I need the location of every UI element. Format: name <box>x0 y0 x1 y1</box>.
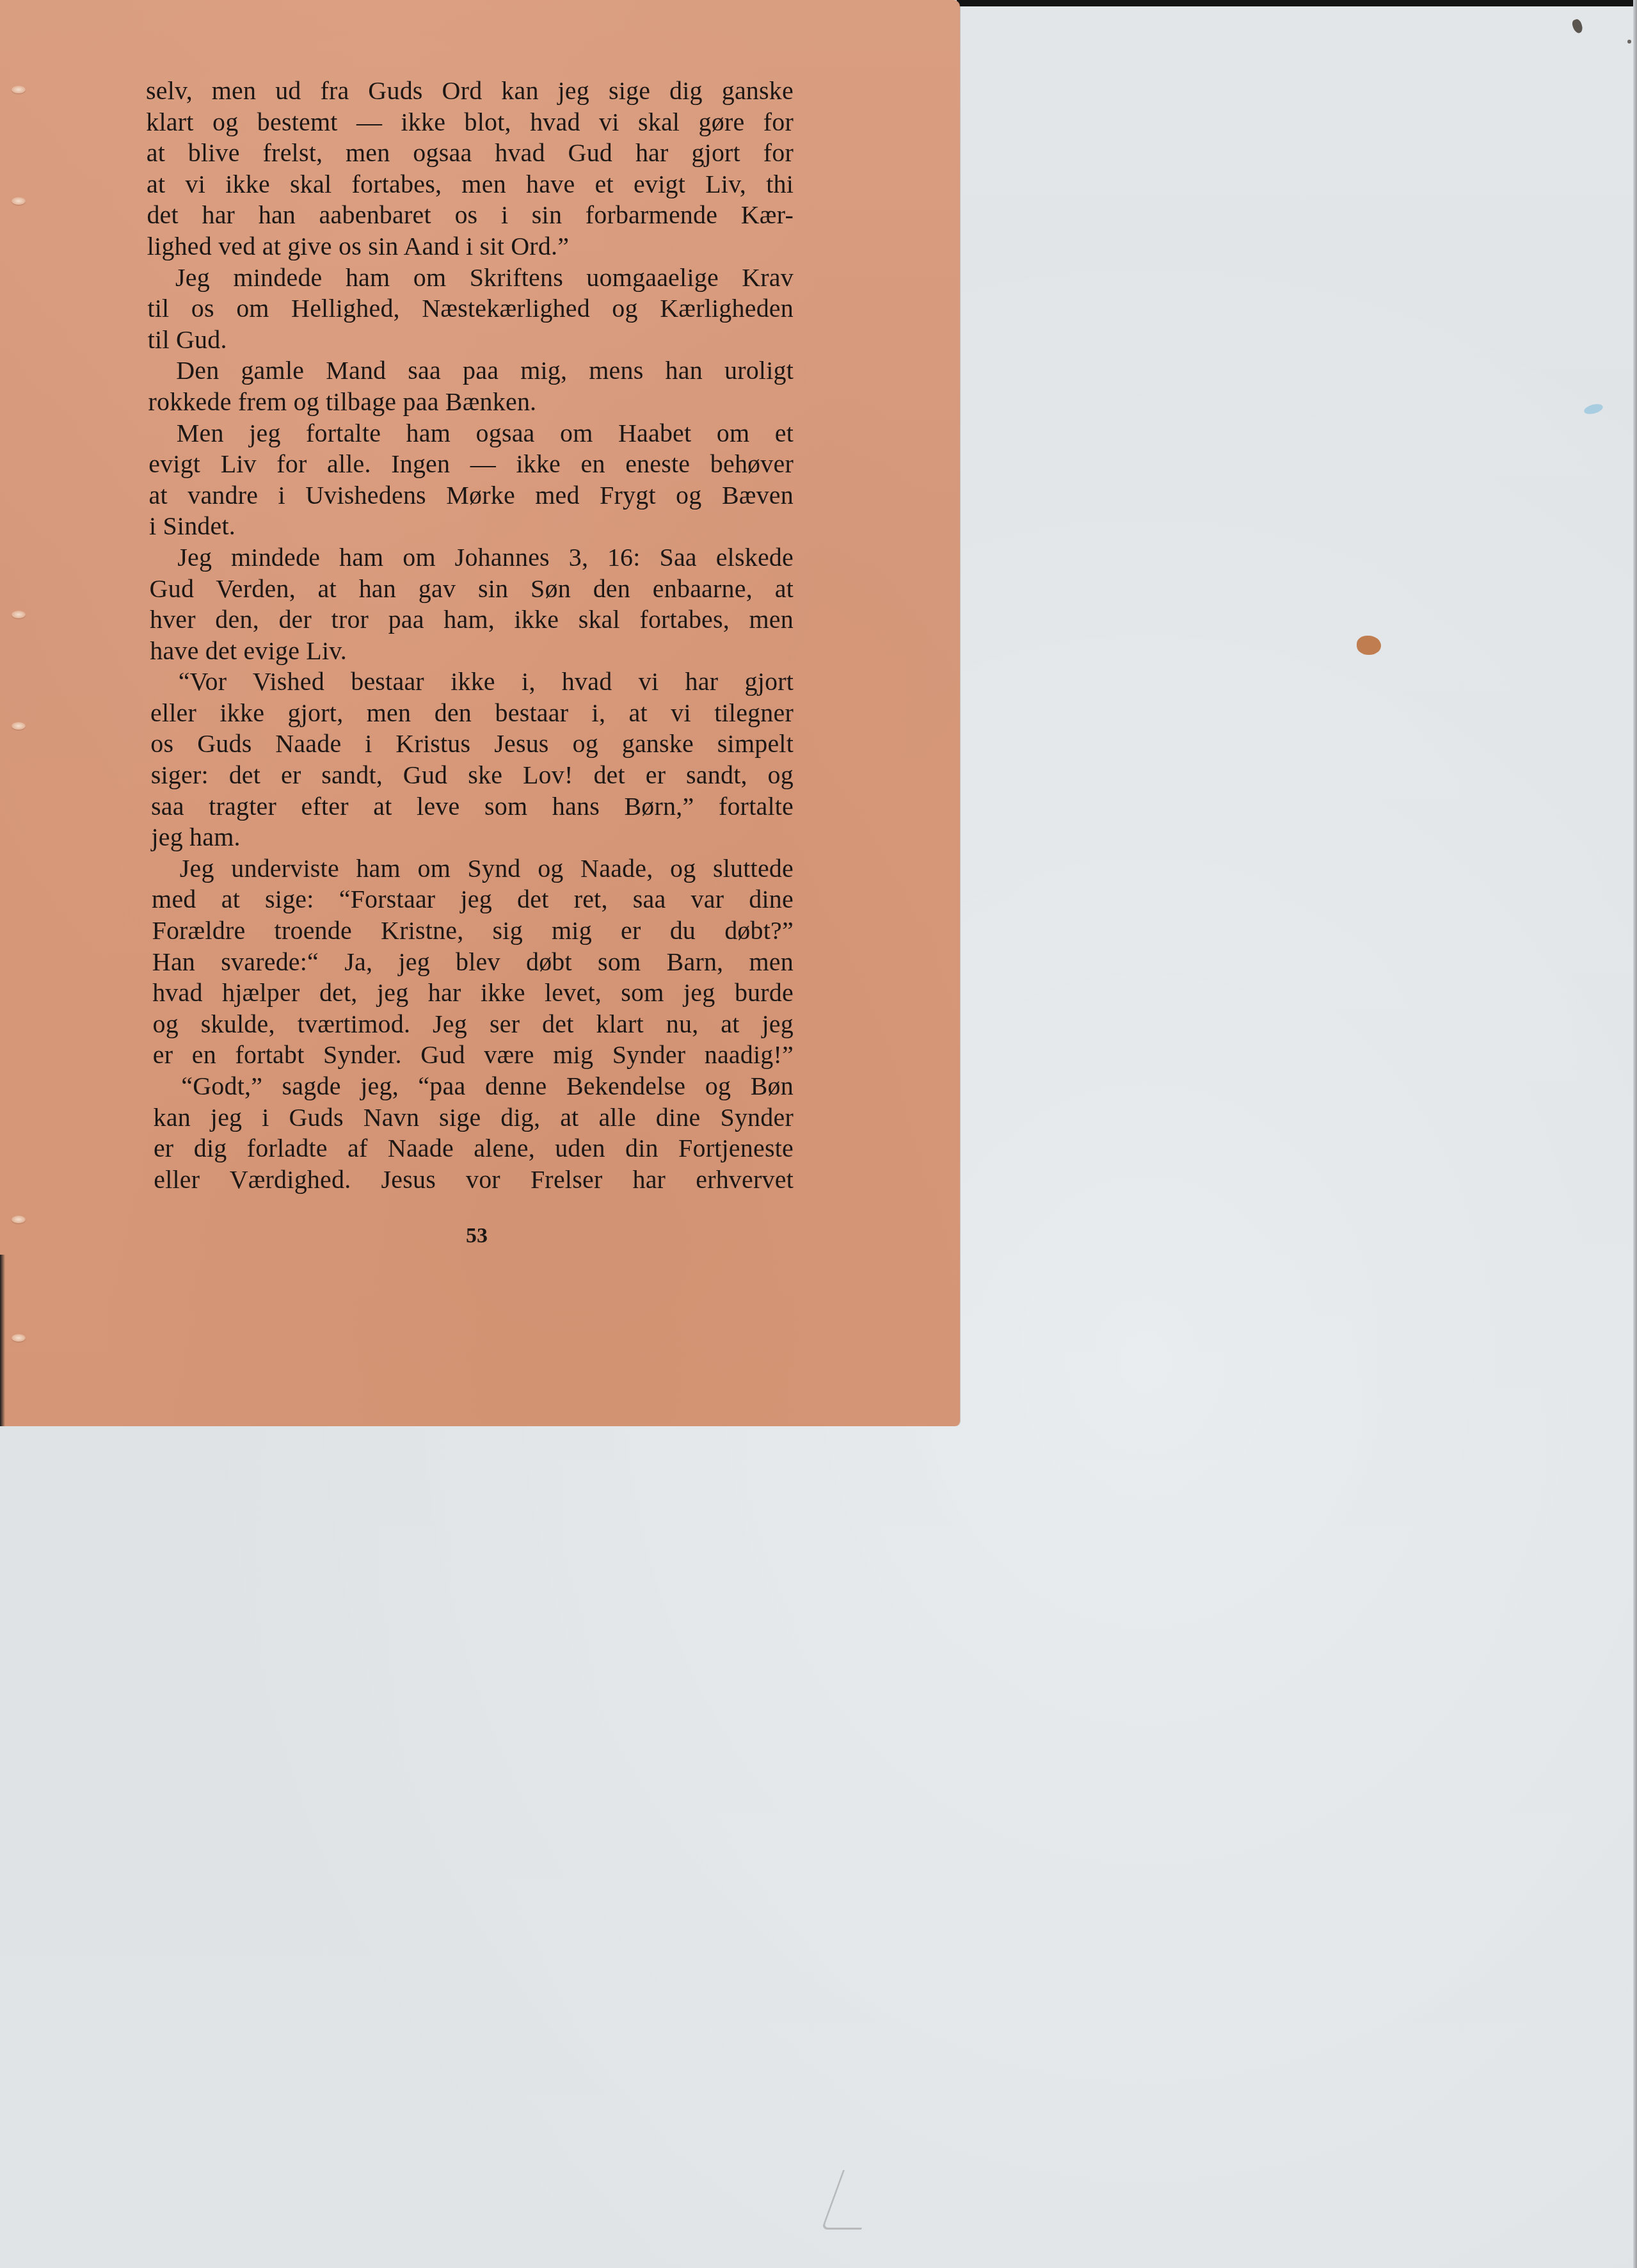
text-line: er en fortabt Synder. Gud være mig Synde… <box>153 1040 794 1071</box>
scanner-lid-edge <box>957 0 1637 6</box>
text-line: eller Værdighed. Jesus vor Frelser har e… <box>154 1164 794 1196</box>
staple-hole <box>12 197 26 205</box>
text-line: Han svarede:“ Ja, jeg blev døbt som Barn… <box>152 947 794 978</box>
brown-stain <box>1357 636 1381 655</box>
body-text: selv, men ud fra Guds Ord kan jeg sige d… <box>146 76 794 1195</box>
text-line: siger: det er sandt, Gud ske Lov! det er… <box>151 760 794 791</box>
text-line: rokkede frem og tilbage paa Bænken. <box>148 387 794 418</box>
text-line: Men jeg fortalte ham ogsaa om Haabet om … <box>148 418 794 449</box>
text-line: med at sige: “Forstaar jeg det ret, saa … <box>152 884 794 915</box>
text-line: Jeg mindede ham om Johannes 3, 16: Saa e… <box>149 542 794 574</box>
scanner-right-edge <box>1633 0 1637 2268</box>
text-line: “Vor Vished bestaar ikke i, hvad vi har … <box>150 666 794 698</box>
text-line: klart og bestemt — ikke blot, hvad vi sk… <box>146 107 794 138</box>
text-line: evigt Liv for alle. Ingen — ikke en enes… <box>148 449 794 480</box>
text-line: Jeg mindede ham om Skriftens uomgaaelige… <box>147 262 794 294</box>
text-line: Forældre troende Kristne, sig mig er du … <box>152 915 794 947</box>
text-line: have det evige Liv. <box>150 636 794 667</box>
text-line: saa tragter efter at leve som hans Børn,… <box>151 791 794 823</box>
text-line: til Gud. <box>148 325 794 356</box>
text-line: hvad hjælper det, jeg har ikke levet, so… <box>152 977 794 1009</box>
text-line: hver den, der tror paa ham, ikke skal fo… <box>150 604 794 636</box>
text-line: selv, men ud fra Guds Ord kan jeg sige d… <box>146 76 794 107</box>
page-number: 53 <box>466 1224 488 1248</box>
text-line: at vandre i Uvishedens Mørke med Frygt o… <box>149 480 794 511</box>
staple-hole <box>12 611 26 618</box>
text-line: til os om Hellighed, Næstekærlighed og K… <box>147 293 794 325</box>
text-line: jeg ham. <box>151 822 794 853</box>
text-line: i Sindet. <box>149 511 794 542</box>
page-edge-shadow <box>0 1255 5 1426</box>
text-line: “Godt,” sagde jeg, “paa denne Bekendelse… <box>153 1071 794 1102</box>
text-line: eller ikke gjort, men den bestaar i, at … <box>150 698 794 729</box>
text-line: lighed ved at give os sin Aand i sit Ord… <box>147 231 794 262</box>
staple-hole <box>12 86 26 93</box>
staple-hole <box>12 722 26 730</box>
staple-hole <box>12 1216 26 1223</box>
text-line: Jeg underviste ham om Synd og Naade, og … <box>152 853 794 885</box>
dust-speck <box>1627 40 1631 44</box>
book-page: selv, men ud fra Guds Ord kan jeg sige d… <box>0 0 960 1426</box>
text-line: os Guds Naade i Kristus Jesus og ganske … <box>150 728 794 760</box>
staple-hole <box>12 1334 26 1342</box>
text-line: og skulde, tværtimod. Jeg ser det klart … <box>153 1009 794 1040</box>
text-line: er dig forladte af Naade alene, uden din… <box>154 1133 794 1164</box>
text-line: Gud Verden, at han gav sin Søn den enbaa… <box>150 574 794 605</box>
text-line: Den gamle Mand saa paa mig, mens han uro… <box>148 355 794 387</box>
text-line: at blive frelst, men ogsaa hvad Gud har … <box>147 138 794 169</box>
text-line: kan jeg i Guds Navn sige dig, at alle di… <box>154 1102 794 1134</box>
text-line: at vi ikke skal fortabes, men have et ev… <box>147 169 794 200</box>
text-line: det har han aabenbaret os i sin forbarme… <box>147 200 794 231</box>
